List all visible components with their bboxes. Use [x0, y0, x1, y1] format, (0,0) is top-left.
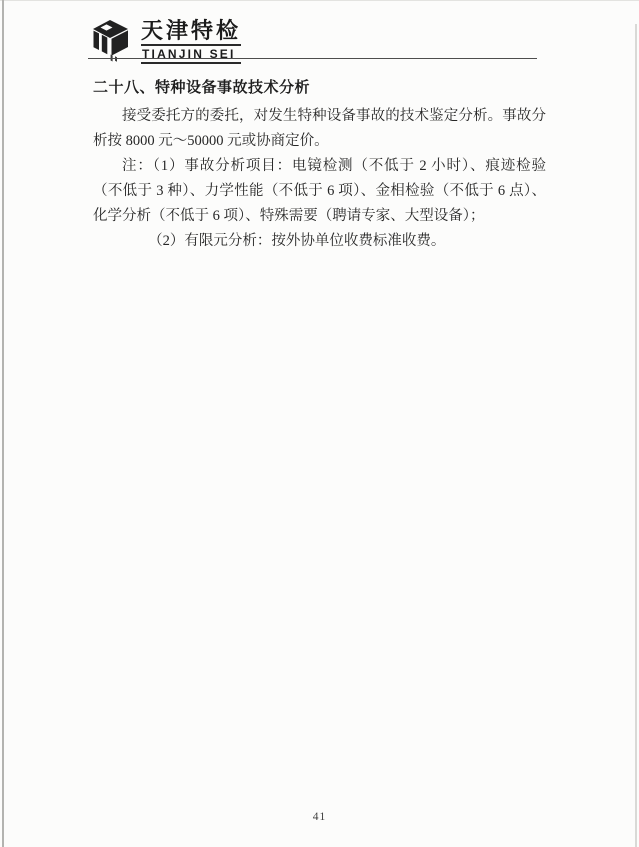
- logo-english-name: TIANJIN SEI: [141, 46, 241, 64]
- document-body: 二十八、特种设备事故技术分析 接受委托方的委托，对发生特种设备事故的技术鉴定分析…: [93, 79, 546, 254]
- paragraph-intro-pricing: 接受委托方的委托，对发生特种设备事故的技术鉴定分析。事故分析按 8000 元～5…: [93, 104, 546, 154]
- paragraph-note-1: 注：（1）事故分析项目：电镜检测（不低于 2 小时）、痕迹检验（不低于 3 种）…: [93, 154, 546, 229]
- document-header: 天津特检 TIANJIN SEI: [88, 15, 538, 64]
- page-footer: 41: [0, 807, 639, 825]
- logo: 天津特检 TIANJIN SEI: [88, 15, 538, 64]
- tianjin-sei-cube-logo-icon: [88, 16, 132, 62]
- scan-edge-right: [635, 24, 637, 847]
- header-divider-line: [88, 58, 537, 59]
- page-number: 41: [313, 811, 327, 823]
- section-title: 二十八、特种设备事故技术分析: [93, 79, 546, 97]
- logo-chinese-name: 天津特检: [141, 18, 241, 46]
- paragraph-note-2: （2）有限元分析：按外协单位收费标准收费。: [93, 229, 546, 254]
- scan-edge-top: [0, 0, 639, 1]
- scan-edge-left: [2, 0, 4, 847]
- scanned-document-page: 天津特检 TIANJIN SEI 二十八、特种设备事故技术分析 接受委托方的委托…: [0, 0, 639, 847]
